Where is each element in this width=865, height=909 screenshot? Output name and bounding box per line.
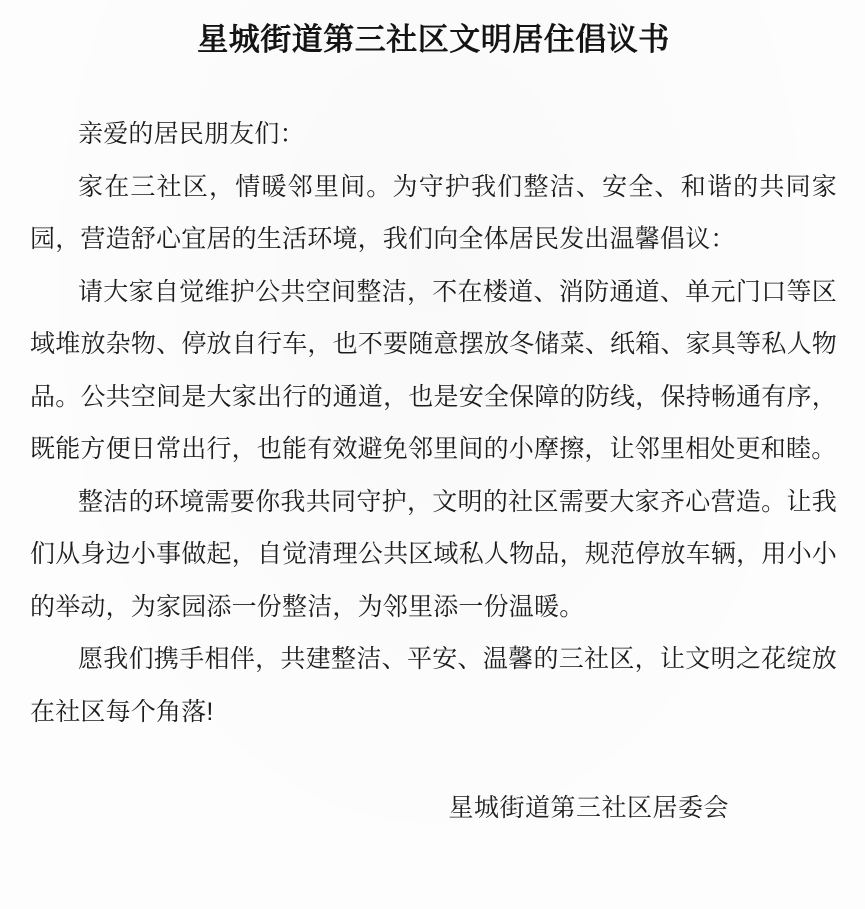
paragraph-closing-wish: 愿我们携手相伴，共建整洁、平安、温馨的三社区，让文明之花绽放在社区每个角落! (30, 633, 837, 738)
signature-committee: 星城街道第三社区居委会 (30, 788, 837, 828)
paragraph-call-to-action: 整洁的环境需要你我共同守护，文明的社区需要大家齐心营造。让我们从身边小事做起，自… (30, 476, 837, 634)
salutation-line: 亲爱的居民朋友们： (30, 108, 837, 161)
document-page: 星城街道第三社区文明居住倡议书 亲爱的居民朋友们： 家在三社区，情暖邻里间。为守… (0, 0, 865, 909)
paragraph-intro: 家在三社区，情暖邻里间。为守护我们整洁、安全、和谐的共同家园，营造舒心宜居的生活… (30, 161, 837, 266)
document-body: 亲爱的居民朋友们： 家在三社区，情暖邻里间。为守护我们整洁、安全、和谐的共同家园… (30, 108, 837, 738)
paragraph-public-space: 请大家自觉维护公共空间整洁，不在楼道、消防通道、单元门口等区域堆放杂物、停放自行… (30, 266, 837, 476)
document-title: 星城街道第三社区文明居住倡议书 (30, 18, 837, 62)
